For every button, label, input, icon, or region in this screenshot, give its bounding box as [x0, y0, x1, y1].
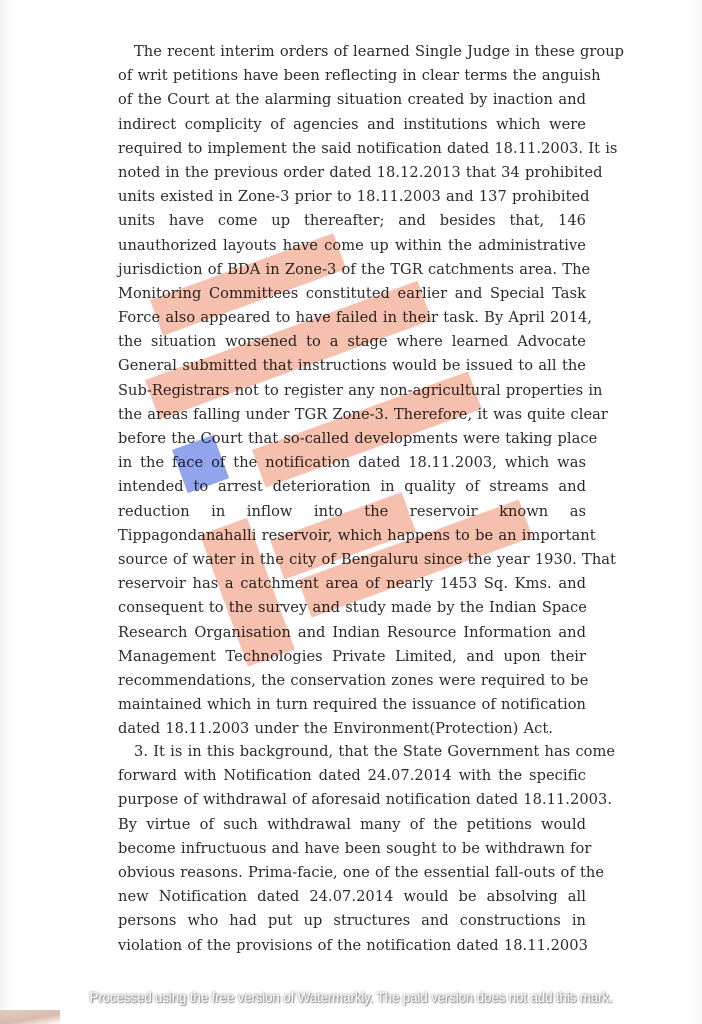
text-line: source of water in the city of Bengaluru… [118, 548, 586, 572]
text-line: consequent to the survey and study made … [118, 596, 586, 620]
paragraph-1: The recent interim orders of learned Sin… [118, 40, 586, 741]
text-line: Research Organisation and Indian Resourc… [118, 621, 586, 645]
text-line: persons who had put up structures and co… [118, 909, 586, 933]
text-line: maintained which in turn required the is… [118, 693, 586, 717]
text-line: violation of the provisions of the notif… [118, 934, 586, 958]
text-line: The recent interim orders of learned Sin… [118, 40, 586, 64]
text-line: the situation worsened to a stage where … [118, 330, 586, 354]
text-line: purpose of withdrawal of aforesaid notif… [118, 788, 586, 812]
text-line: the areas falling under TGR Zone-3. Ther… [118, 403, 586, 427]
text-line: reduction in inflow into the reservoir k… [118, 500, 586, 524]
text-line: jurisdiction of BDA in Zone-3 of the TGR… [118, 258, 586, 282]
text-line: before the Court that so-called developm… [118, 427, 586, 451]
text-line: new Notification dated 24.07.2014 would … [118, 885, 586, 909]
text-line: indirect complicity of agencies and inst… [118, 113, 586, 137]
page-edge-scrap [0, 1010, 60, 1024]
text-line: Monitoring Committees constituted earlie… [118, 282, 586, 306]
text-line: of writ petitions have been reflecting i… [118, 64, 586, 88]
text-line: required to implement the said notificat… [118, 137, 586, 161]
text-line: in the face of the notification dated 18… [118, 451, 586, 475]
text-line: 3. It is in this background, that the St… [118, 740, 586, 764]
document-page: The recent interim orders of learned Sin… [0, 0, 702, 1024]
text-line: Sub-Registrars not to register any non-a… [118, 379, 586, 403]
text-line: noted in the previous order dated 18.12.… [118, 161, 586, 185]
text-line: become infructuous and have been sought … [118, 837, 586, 861]
text-line: recommendations, the conservation zones … [118, 669, 586, 693]
text-line: Management Technologies Private Limited,… [118, 645, 586, 669]
watermark-notice: Processed using the free version of Wate… [0, 990, 702, 1005]
text-line: unauthorized layouts have come up within… [118, 234, 586, 258]
text-line: of the Court at the alarming situation c… [118, 88, 586, 112]
text-line: Tippagondanahalli reservoir, which happe… [118, 524, 586, 548]
text-line: By virtue of such withdrawal many of the… [118, 813, 586, 837]
text-line: reservoir has a catchment area of nearly… [118, 572, 586, 596]
text-line: obvious reasons. Prima-facie, one of the… [118, 861, 586, 885]
text-line: dated 18.11.2003 under the Environment(P… [118, 717, 586, 741]
text-line: forward with Notification dated 24.07.20… [118, 764, 586, 788]
text-line: units existed in Zone-3 prior to 18.11.2… [118, 185, 586, 209]
text-line: units have come up thereafter; and besid… [118, 209, 586, 233]
text-line: Force also appeared to have failed in th… [118, 306, 586, 330]
paragraph-2: 3. It is in this background, that the St… [118, 740, 586, 958]
text-line: intended to arrest deterioration in qual… [118, 475, 586, 499]
text-line: General submitted that instructions woul… [118, 354, 586, 378]
